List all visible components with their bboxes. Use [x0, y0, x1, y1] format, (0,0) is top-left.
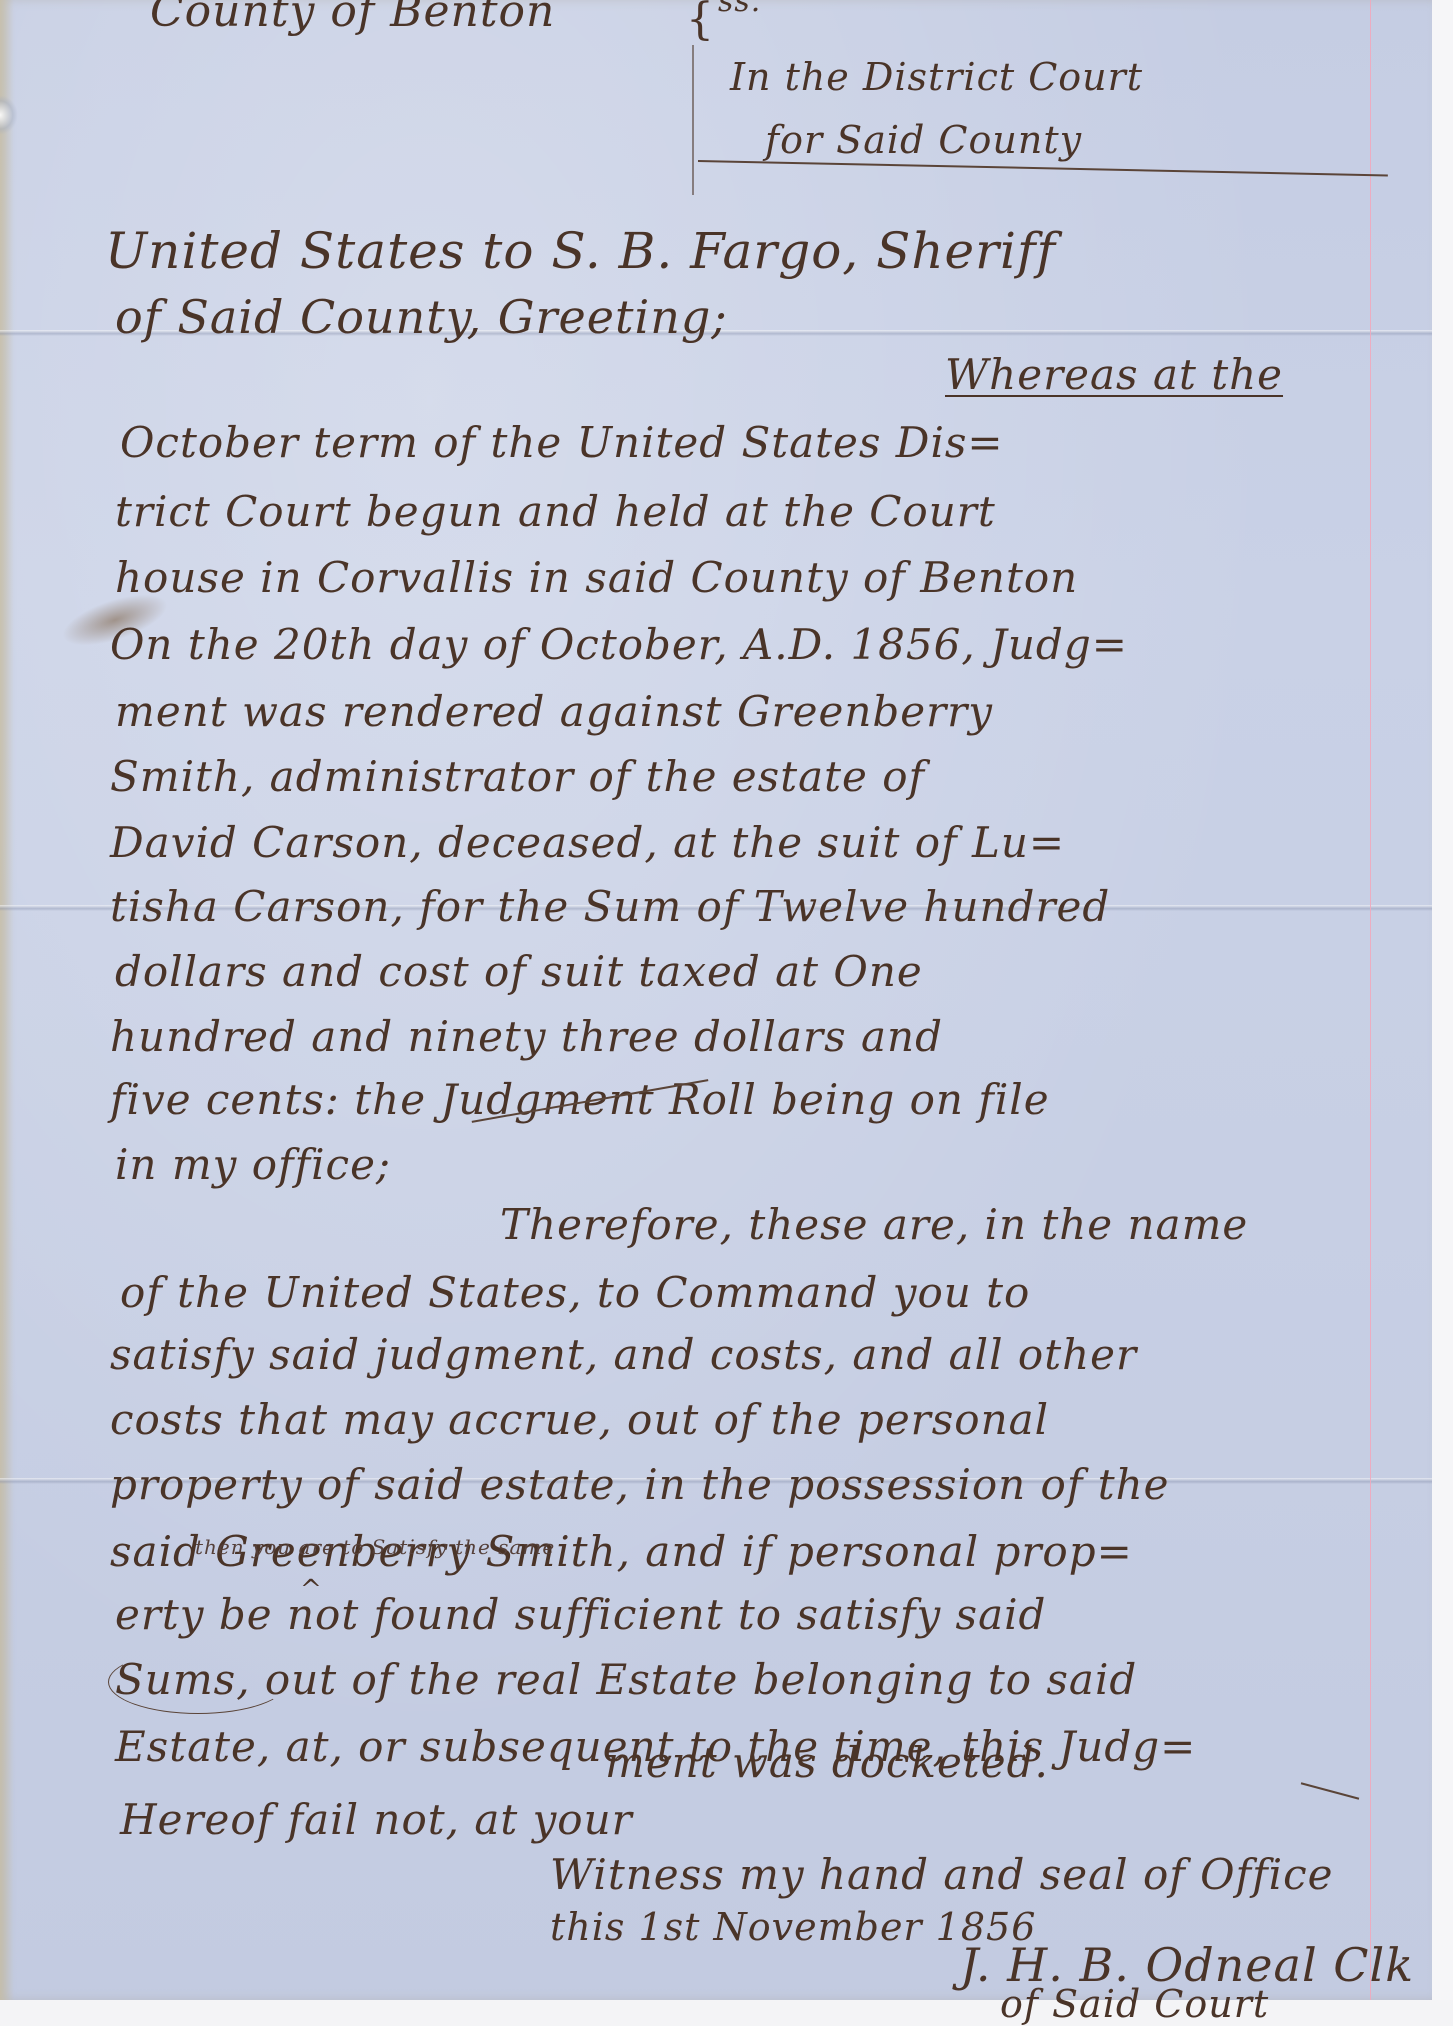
- closing-line: Hereof fail not, at your: [120, 1795, 633, 1844]
- body-line: erty be not found sufficient to satisfy …: [115, 1590, 1046, 1639]
- body-line: Therefore, these are, in the name: [500, 1200, 1248, 1249]
- whereas-line: Whereas at the: [945, 350, 1283, 399]
- body-line: property of said estate, in the possessi…: [110, 1460, 1170, 1509]
- clerk-title: of Said Court: [1000, 1982, 1269, 2000]
- flourish-stroke: [1301, 1782, 1359, 1799]
- body-line: hundred and ninety three dollars and: [110, 1012, 943, 1061]
- body-line: dollars and cost of suit taxed at One: [115, 947, 923, 996]
- body-line: trict Court begun and held at the Court: [115, 487, 996, 536]
- estate-bracket-mark: [108, 1650, 288, 1714]
- court-caption-line-1: In the District Court: [730, 55, 1143, 99]
- body-line: costs that may accrue, out of the person…: [110, 1395, 1049, 1444]
- body-line: ment was rendered against Greenberry: [115, 687, 993, 736]
- attestation-line-1: Witness my hand and seal of Office: [550, 1850, 1333, 1899]
- venue-line: County of Benton: [150, 0, 555, 37]
- body-line: David Carson, deceased, at the suit of L…: [110, 818, 1065, 867]
- venue-mark: ss.: [718, 0, 761, 19]
- brace-icon: {: [686, 0, 714, 45]
- body-line: On the 20th day of October, A.D. 1856, J…: [110, 620, 1128, 669]
- closing-line: ment was docketed.: [605, 1738, 1049, 1787]
- body-line: in my office;: [115, 1140, 391, 1189]
- insertion-caret-icon: ^: [300, 1575, 322, 1605]
- body-line: house in Corvallis in said County of Ben…: [115, 553, 1078, 602]
- paper-edge-shading: [0, 0, 14, 2000]
- margin-rule-line: [1370, 0, 1371, 2000]
- body-line: five cents: the Judgment Roll being on f…: [110, 1075, 1050, 1124]
- body-line: satisfy said judgment, and costs, and al…: [110, 1330, 1137, 1379]
- document-page: County of Benton { ss. In the District C…: [0, 0, 1432, 2000]
- court-caption-line-2: for Said County: [765, 118, 1082, 162]
- interlinear-insertion: then you are to Satisfy the same: [195, 1535, 555, 1559]
- body-line: tisha Carson, for the Sum of Twelve hund…: [110, 882, 1110, 931]
- body-line: Smith, administrator of the estate of: [110, 752, 925, 801]
- address-line-1: United States to S. B. Fargo, Sheriff: [105, 222, 1056, 280]
- page-border: [1432, 0, 1453, 2000]
- body-line: October term of the United States Dis=: [120, 418, 1004, 467]
- paper-crease-mark: [0, 95, 18, 135]
- body-line: of the United States, to Command you to: [120, 1268, 1030, 1317]
- address-line-2: of Said County, Greeting;: [115, 290, 728, 344]
